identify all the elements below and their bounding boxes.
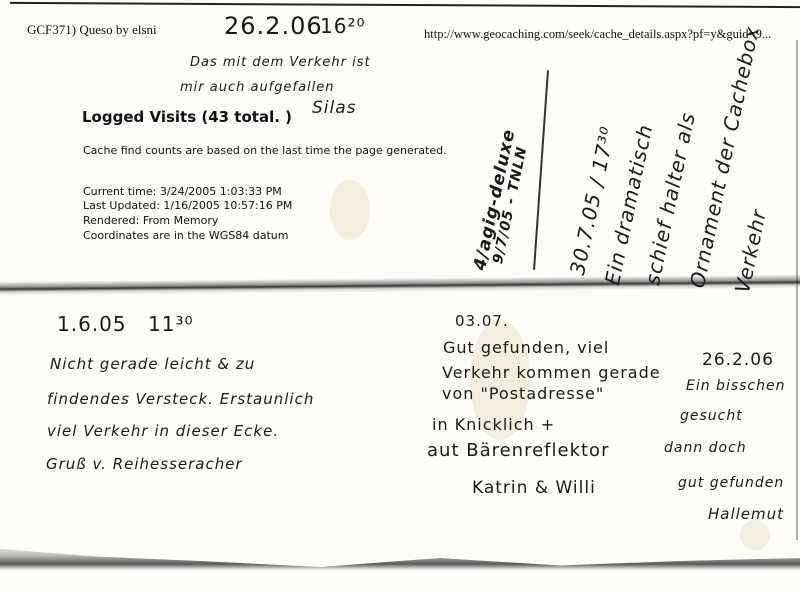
scanned-logbook-page: GCF371) Queso by elsni http://www.geocac… bbox=[0, 0, 800, 591]
handwritten-signature: Gruß v. Reihesseracher bbox=[46, 455, 243, 473]
paper-stain bbox=[330, 180, 370, 240]
handwritten-note: findendes Versteck. Erstaunlich bbox=[47, 390, 314, 408]
cache-title-header: GCF371) Queso by elsni bbox=[27, 22, 157, 38]
handwritten-signature: Silas bbox=[312, 98, 357, 118]
handwritten-time: 16²⁰ bbox=[320, 14, 365, 38]
handwritten-note: in Knicklich + bbox=[432, 415, 555, 434]
handwritten-note: Gut gefunden, viel bbox=[443, 338, 609, 357]
handwritten-note: Ein bisschen bbox=[686, 378, 785, 394]
paper-stain bbox=[740, 520, 770, 550]
handwritten-note: viel Verkehr in dieser Ecke. bbox=[47, 422, 279, 440]
cache-count-note: Cache find counts are based on the last … bbox=[83, 144, 447, 157]
handwritten-note: dann doch bbox=[664, 440, 747, 456]
handwritten-date: 03.07. bbox=[455, 312, 509, 330]
handwritten-note: von "Postadresse" bbox=[442, 384, 604, 403]
handwritten-note: aut Bärenreflektor bbox=[427, 440, 609, 461]
handwritten-date: 26.2.06 bbox=[702, 350, 774, 370]
current-time: Current time: 3/24/2005 1:03:33 PM bbox=[83, 185, 282, 199]
paper-torn-bottom-edge bbox=[0, 540, 800, 570]
cache-url-header: http://www.geocaching.com/seek/cache_det… bbox=[424, 27, 771, 42]
last-updated: Last Updated: 1/16/2005 10:57:16 PM bbox=[83, 199, 292, 212]
coordinates-datum: Coordinates are in the WGS84 datum bbox=[83, 229, 289, 242]
handwritten-note: gut gefunden bbox=[678, 475, 784, 491]
handwritten-time: 11³⁰ bbox=[148, 312, 193, 336]
handwritten-note: Nicht gerade leicht & zu bbox=[50, 355, 255, 373]
paper-right-edge bbox=[796, 40, 798, 540]
handwritten-note: Verkehr kommen gerade bbox=[442, 363, 661, 382]
handwritten-note: mir auch aufgefallen bbox=[180, 80, 335, 95]
handwritten-signature: Hallemut bbox=[708, 505, 784, 523]
handwritten-note: Das mit dem Verkehr ist bbox=[190, 55, 371, 70]
handwritten-signature: Katrin & Willi bbox=[472, 478, 596, 498]
handwritten-divider-line bbox=[533, 70, 549, 270]
paper-fold-crease bbox=[0, 275, 800, 296]
handwritten-date: 26.2.06 bbox=[224, 12, 323, 40]
logged-visits-heading: Logged Visits (43 total. ) bbox=[82, 108, 292, 126]
handwritten-note: gesucht bbox=[680, 408, 743, 424]
rendered-source: Rendered: From Memory bbox=[83, 214, 218, 227]
handwritten-date: 1.6.05 bbox=[57, 312, 127, 336]
paper-top-edge bbox=[10, 2, 800, 8]
